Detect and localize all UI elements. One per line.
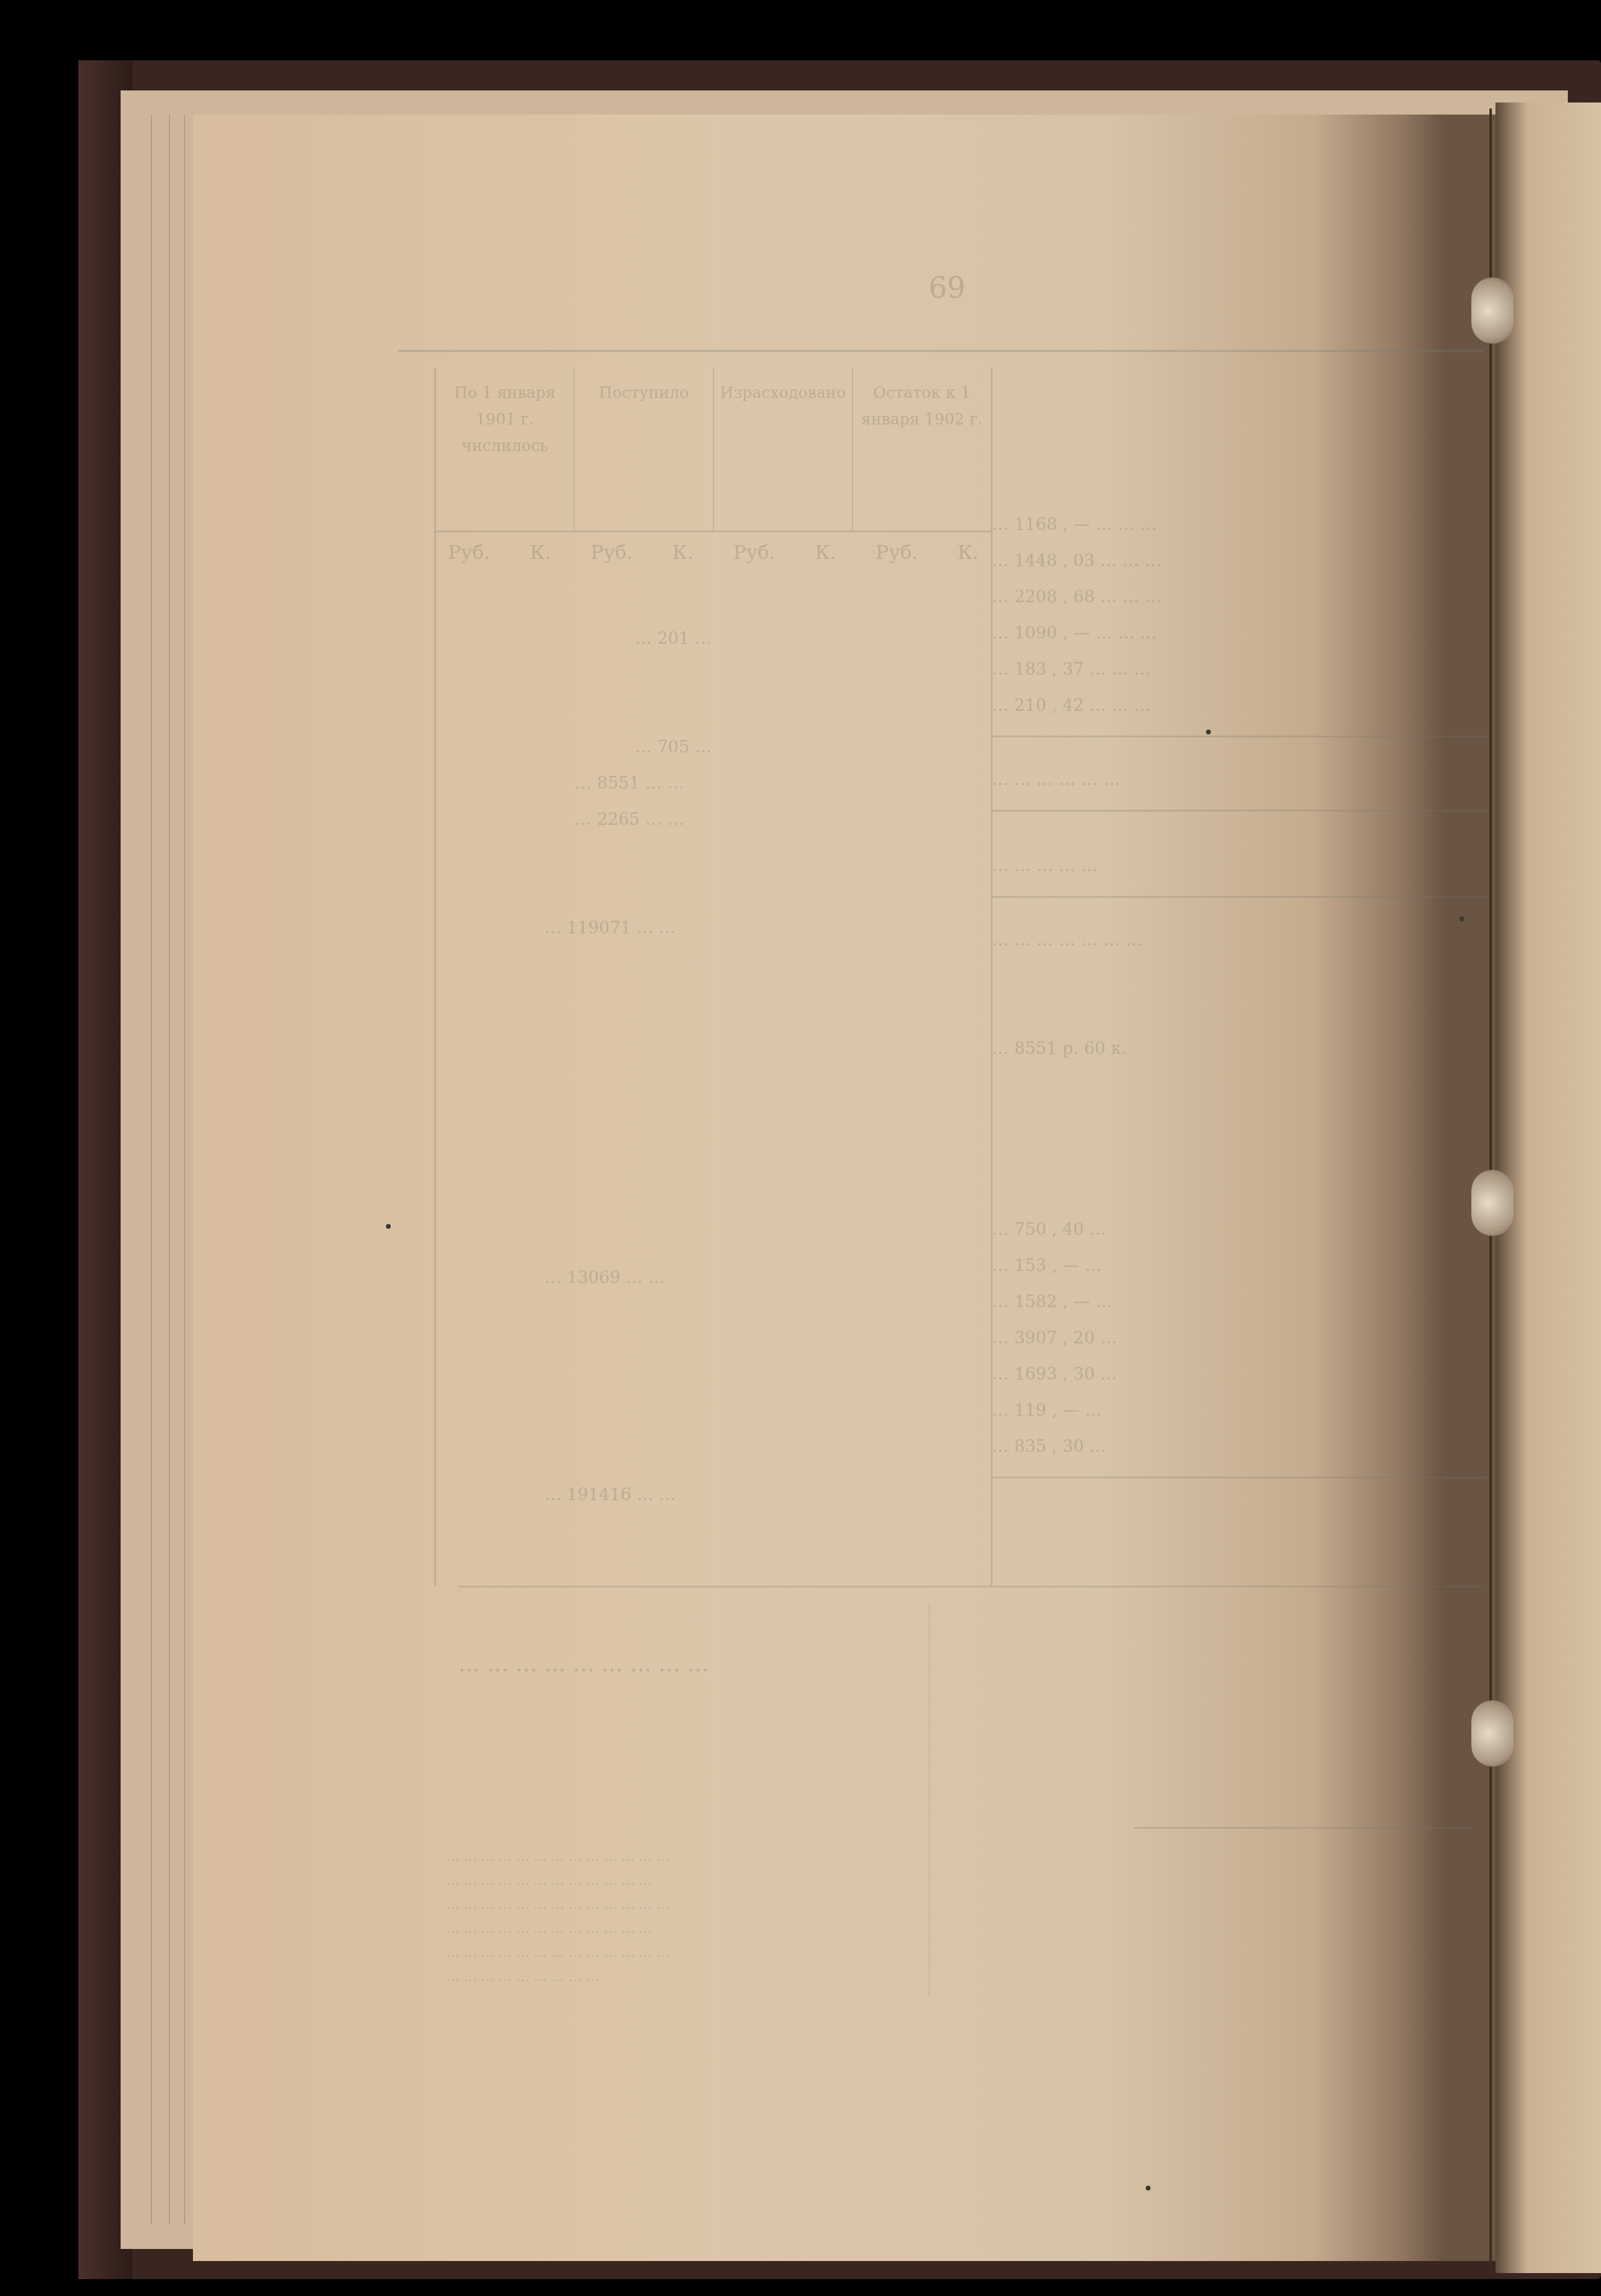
table-row: … 13069 … … bbox=[454, 1260, 973, 1296]
footnote-line: … … … … … … … … … … … … … bbox=[446, 1845, 1483, 1869]
divider bbox=[992, 810, 1486, 812]
units-row: Руб. К. Руб. К. Руб. К. Руб. К. bbox=[436, 532, 991, 572]
table-row: … 119071 … … bbox=[454, 910, 973, 946]
table-header: По 1 января 1901 г. числилось Поступило … bbox=[436, 368, 991, 532]
left-table: По 1 января 1901 г. числилось Поступило … bbox=[434, 368, 993, 1586]
footnote-line: … … … … … … … … … … … … … bbox=[446, 1893, 1483, 1917]
table-row: … … … … … … bbox=[992, 762, 1486, 798]
header-rule bbox=[398, 350, 1483, 352]
table-row: … 153 , — … bbox=[992, 1247, 1486, 1284]
unit-label: К. bbox=[815, 541, 836, 564]
page-edge-line bbox=[184, 115, 185, 2225]
footnote-rule bbox=[1134, 1827, 1471, 1829]
unit-label: К. bbox=[530, 541, 551, 564]
page-number: 69 bbox=[929, 271, 965, 305]
table-row: … 8551 … … bbox=[454, 765, 973, 801]
footnote-line: … … … … … … … … … … … … bbox=[446, 1869, 1483, 1893]
table-row: … 1090 , — … … … bbox=[992, 615, 1486, 651]
unit-label: Руб. bbox=[448, 541, 490, 564]
divider bbox=[992, 896, 1486, 898]
right-table: … 1168 , — … … … … 1448 , 03 … … … … 220… bbox=[992, 368, 1486, 1574]
unit-label: Руб. bbox=[733, 541, 775, 564]
footnote-line: … … … … … … … … … … … … … bbox=[446, 1941, 1483, 1966]
binding-clip bbox=[1471, 1700, 1514, 1767]
table-row: … 835 , 30 … bbox=[992, 1428, 1486, 1465]
table-body: … 201 … … 705 … … 8551 … … … 2265 … … … … bbox=[436, 572, 991, 1525]
divider bbox=[992, 736, 1486, 737]
table-row: … 210 , 42 … … … bbox=[992, 687, 1486, 724]
column-header: По 1 января 1901 г. числилось bbox=[436, 368, 575, 531]
table-row: … 3907 , 20 … bbox=[992, 1320, 1486, 1356]
table-row: … 191416 … … bbox=[454, 1477, 973, 1513]
unit-label: К. bbox=[672, 541, 693, 564]
table-row: … 1582 , — … bbox=[992, 1284, 1486, 1320]
table-row: … 119 , — … bbox=[992, 1392, 1486, 1428]
column-header: Остаток к 1 января 1902 г. bbox=[853, 368, 991, 531]
footnotes: … … … … … … … … … … … … … … … … … … … … … bbox=[446, 1845, 1483, 1990]
ink-spot bbox=[1459, 916, 1464, 921]
table-row: … 1448 , 03 … … … bbox=[992, 543, 1486, 579]
ink-spot bbox=[386, 1224, 391, 1229]
table-row: … 2208 , 68 … … … bbox=[992, 579, 1486, 615]
ink-spot bbox=[1206, 730, 1211, 734]
unit-label: К. bbox=[958, 541, 979, 564]
binding-clip bbox=[1471, 277, 1514, 344]
divider bbox=[992, 1477, 1486, 1478]
table-row: … 1693 , 30 … bbox=[992, 1356, 1486, 1392]
footnote-line: … … … … … … … … … bbox=[446, 1966, 1483, 1990]
page-edge-line bbox=[151, 115, 152, 2225]
table-row: … 750 , 40 … bbox=[992, 1211, 1486, 1247]
footnote-line: … … … … … … … … … … … … bbox=[446, 1917, 1483, 1941]
table-row: … 183 , 37 … … … bbox=[992, 651, 1486, 687]
table-row: … … … … … bbox=[992, 848, 1486, 884]
unit-label: Руб. bbox=[590, 541, 633, 564]
column-header: Израсходовано bbox=[714, 368, 853, 531]
column-header: Поступило bbox=[575, 368, 713, 531]
page-edge-line bbox=[169, 115, 170, 2225]
table-bottom-rule bbox=[458, 1586, 1483, 1588]
unit-label: Руб. bbox=[876, 541, 918, 564]
table-row: … 8551 р. 60 к. bbox=[992, 1030, 1486, 1067]
ink-spot bbox=[1146, 2186, 1151, 2190]
table-row: … … … … … … … bbox=[992, 922, 1486, 958]
table-row: … 705 … bbox=[454, 729, 973, 765]
table-row: … 1168 , — … … … bbox=[992, 506, 1486, 543]
section-caption: … … … … … … … … … bbox=[458, 1652, 1483, 1677]
table-row: … 201 … bbox=[454, 620, 973, 657]
table-row: … 2265 … … bbox=[454, 801, 973, 837]
